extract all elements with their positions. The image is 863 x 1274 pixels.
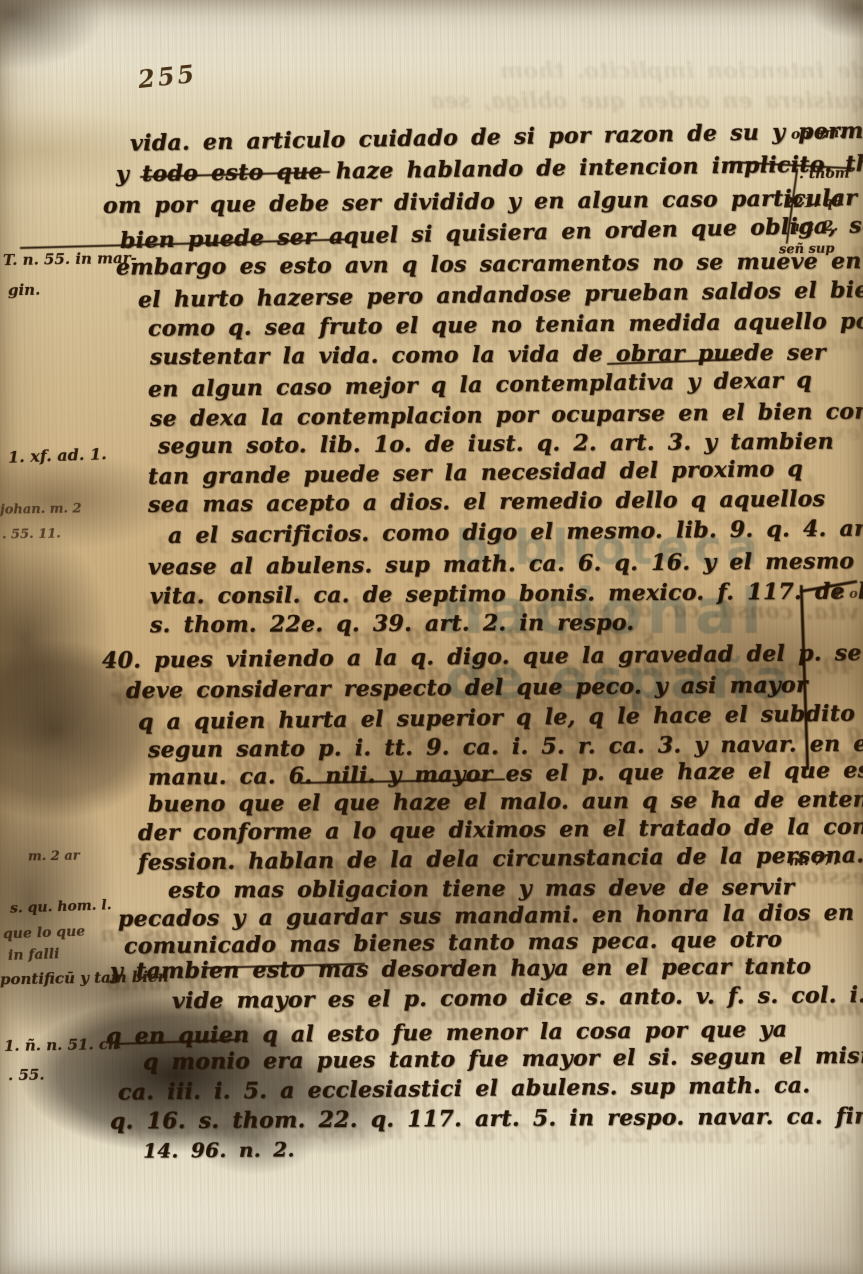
bleed-through-text: vide mayor es el p. como dice s. anto. v… [205, 995, 863, 1030]
bleed-through-text: comunicado mas bienes tanto mas peca. qu… [143, 940, 788, 974]
text-line: ca. iii. i. 5. a ecclesiastici el abulen… [118, 1072, 811, 1105]
text-line: sustentar la vida. como la vida de obrar… [150, 340, 826, 371]
bleed-through-layer: om por que debe ser dividido y en algun … [0, 0, 863, 1274]
bleed-through-text: en algun caso mejor q la contemplativa y… [184, 382, 834, 416]
margin-note-left: . 55. [8, 1066, 45, 1085]
bleed-through-text: esto mas obligacion tiene y mas deve de … [173, 890, 786, 916]
text-line: bien puede ser aquel si quisiera en orde… [120, 212, 863, 254]
bleed-through-text: sea mas acepto a dios. el remedio dello … [152, 499, 815, 533]
margin-note-left: in falli [8, 946, 60, 964]
library-watermark: biblioteca nacional de españa [0, 0, 863, 1274]
text-line: segun santo p. i. tt. 9. ca. i. 5. r. ca… [148, 731, 863, 763]
page-number: 255 [137, 59, 199, 94]
paper-texture [0, 0, 863, 1274]
margin-note-right: m. 77. [789, 853, 838, 870]
main-text-block: vida. en articulo cuidado de si por razo… [0, 0, 863, 1274]
bleed-through-text: segun soto. lib. 1o. de iust. q. 2. art.… [148, 445, 808, 471]
margin-note-left: m. 2 ar [28, 849, 80, 865]
watermark-line-1: biblioteca [455, 520, 762, 576]
margin-note-left: johan. m. 2 [0, 501, 82, 517]
bleed-through-text: deve considerar respecto del que peco. y… [112, 685, 779, 719]
pen-stroke [607, 359, 735, 365]
bleed-through-text: sustentar la vida. como la vida de obrar… [149, 356, 810, 382]
bleed-through-text: pecados y a guardar sus mandami. en honr… [100, 904, 821, 936]
pen-strokes-layer [0, 0, 863, 1274]
right-margin-notes: ob om.. thom221. q8art. 2.señ supd. om. … [0, 0, 863, 1274]
bleed-through-text: bueno que el que haze el malo. aun q se … [162, 803, 863, 829]
text-line: embargo es esto avn q los sacramentos no… [116, 247, 863, 280]
pen-stroke [800, 585, 809, 770]
text-line: om por que debe ser dividido y en algun … [103, 185, 858, 219]
text-line: esto mas obligacion tiene y mas deve de … [168, 874, 795, 903]
bleed-through-text: der conforme a lo que diximos en el trat… [129, 827, 844, 862]
text-line: q monio era pues tanto fue mayor el si. … [143, 1043, 863, 1076]
bleed-through-text: q monio era pues tanto fue mayor el si. … [130, 1060, 863, 1086]
bleed-through-text: bien puede ser aquel si quisiera en orde… [430, 88, 863, 114]
margin-note-left: s. qu. hom. l. [10, 897, 112, 917]
bleed-through-text: om por que debe ser dividido y en algun … [97, 198, 835, 233]
bleed-through-text: y tambien esto mas desorden haya en el p… [106, 970, 792, 996]
pen-stroke [786, 168, 799, 244]
bleed-through-text: s. thom. 22e. q. 39. art. 2. in respo. [182, 615, 655, 641]
text-line: tan grande puede ser la necesidad del pr… [148, 456, 803, 490]
text-line: vita. consil. ca. de septimo bonis. mexi… [150, 578, 863, 609]
margin-note-left: 1. ñ. n. 51. ch [4, 1035, 119, 1055]
margin-note-right: 221. q8 [784, 194, 843, 211]
ink-stains-layer [0, 0, 863, 1274]
text-line: fession. hablan de la dela circunstancia… [138, 842, 863, 876]
text-line: 14. 96. n. 2. [143, 1137, 295, 1162]
watermark-line-3: de españa [445, 648, 794, 711]
text-line: y tambien esto mas desorden haya en el p… [110, 954, 811, 985]
bleed-through-text: ca. iii. i. 5. a ecclesiastici el abulen… [142, 1086, 818, 1120]
text-line: a el sacrificios. como digo el mesmo. li… [168, 515, 863, 549]
text-line: 40. pues viniendo a la q. digo. que la g… [102, 640, 862, 674]
bleed-through-text: manu. ca. 6. nili. y mayor es el p. que … [185, 771, 863, 806]
text-line: en algun caso mejor q la contemplativa y… [148, 367, 812, 402]
pen-stroke [300, 778, 505, 784]
margin-note-left: . 55. 11. [2, 526, 61, 542]
bleed-through-text: segun santo p. i. tt. 9. ca. i. 5. r. ca… [148, 744, 859, 779]
text-line: y todo esto que haze hablando de intenci… [116, 150, 863, 187]
bleed-through-text: bueno que el que haze el malo. aun q se … [162, 793, 863, 819]
margin-note-left: gin. [8, 281, 41, 300]
bleed-through-text: 40. pues viniendo a la q. digo. que la g… [111, 653, 854, 688]
bleed-through-text: se dexa la contemplacion por ocuparse en… [163, 411, 863, 446]
text-line: vide mayor es el p. como dice s. anto. v… [172, 982, 863, 1014]
text-line: se dexa la contemplacion por ocuparse en… [150, 398, 863, 432]
bleed-through-text: a el sacrificios. como digo el mesmo. li… [149, 533, 863, 559]
margin-note-left: T. n. 55. in mar- [3, 249, 137, 269]
margin-note-right: señ sup [779, 242, 835, 258]
bleed-through-text: vease al abulens. sup math. ca. 6. q. 16… [166, 560, 863, 595]
scan-vignette [0, 0, 863, 1274]
bleed-through-text: deve considerar respecto del que peco. y… [112, 676, 779, 708]
margin-note-right: d. o [831, 587, 858, 602]
bleed-through-text: tan grande puede ser la necesidad del pr… [175, 470, 816, 504]
pen-stroke [800, 580, 858, 593]
text-line: deve considerar respecto del que peco. y… [126, 672, 808, 704]
margin-note-right: ob om. [791, 125, 845, 143]
bleed-through-text: bien puede ser aquel si quisiera en orde… [151, 229, 863, 264]
pen-stroke [116, 1039, 241, 1045]
pen-stroke [20, 238, 345, 249]
bleed-through-text: s. thom. 22e. q. 39. art. 2. in respo. [182, 625, 655, 651]
bleed-through-text: embargo es esto avn q los sacramentos no… [124, 265, 863, 291]
pen-stroke [140, 171, 330, 178]
text-line: pecados y a guardar sus mandami. en honr… [118, 900, 854, 932]
pen-stroke [205, 963, 365, 969]
bleed-through-text: y todo esto que haze hablando de intenci… [500, 58, 863, 84]
bleed-through-text: como q. sea fruto el que no tenian medid… [170, 322, 863, 357]
margin-note-right: . thom [799, 166, 850, 183]
pen-stroke [730, 161, 855, 170]
text-line: sea mas acepto a dios. el remedio dello … [148, 486, 825, 518]
watermark-line-2: nacional [440, 575, 766, 648]
text-line: el hurto hazerse pero andandose prueban … [138, 277, 863, 313]
text-line: q a quien hurta el superior q le, q le h… [138, 701, 856, 736]
text-line: comunicado mas bienes tanto mas peca. qu… [124, 927, 782, 960]
text-line: bueno que el que haze el malo. aun q se … [148, 786, 863, 817]
text-line: s. thom. 22e. q. 39. art. 2. in respo. [150, 610, 635, 639]
text-line: q en quien q al esto fue menor la cosa p… [106, 1016, 788, 1049]
text-line: q. 16. s. thom. 22. q. 117. art. 5. in r… [110, 1103, 863, 1134]
text-line: como q. sea fruto el que no tenian medid… [148, 308, 863, 342]
margin-note-right: art. 2. [791, 219, 839, 236]
text-line: vida. en articulo cuidado de si por razo… [130, 117, 863, 156]
bleed-through-text: q en quien q al esto fue menor la cosa p… [116, 1030, 783, 1064]
margin-note-left: que lo que [3, 924, 86, 943]
margin-note-left: pontificū y tam bien [0, 968, 169, 989]
bleed-through-text: pecados y a guardar sus mandami. en honr… [100, 913, 821, 948]
bleed-through-text: fession. hablan de la dela circunstancia… [166, 856, 863, 891]
text-line: segun soto. lib. 1o. de iust. q. 2. art.… [158, 429, 834, 460]
manuscript-page: om por que debe ser dividido y en algun … [0, 0, 863, 1274]
margin-note-left: 1. xf. ad. 1. [8, 444, 107, 466]
bleed-through-text: fession. hablan de la dela circunstancia… [166, 847, 863, 879]
text-line: manu. ca. 6. nili. y mayor es el p. que … [148, 757, 863, 791]
bleed-through-text: q. 16. s. thom. 22. q. 117. art. 5. in r… [111, 1115, 852, 1150]
bleed-through-text: y tambien esto mas desorden haya en el p… [106, 960, 792, 986]
left-margin-notes: T. n. 55. in mar-gin.1. xf. ad. 1.johan.… [0, 0, 863, 1274]
text-line: vease al abulens. sup math. ca. 6. q. 16… [148, 548, 863, 581]
bleed-through-text: q a quien hurta el superior q le, q le h… [161, 719, 862, 745]
bleed-through-text: el hurto hazerse pero andandose prueban … [123, 292, 854, 327]
text-line: der conforme a lo que diximos en el trat… [138, 814, 863, 846]
bleed-through-text: vita. consil. ca. de septimo bonis. mexi… [145, 591, 859, 626]
bleed-through-text: segun santo p. i. tt. 9. ca. i. 5. r. ca… [148, 735, 859, 767]
